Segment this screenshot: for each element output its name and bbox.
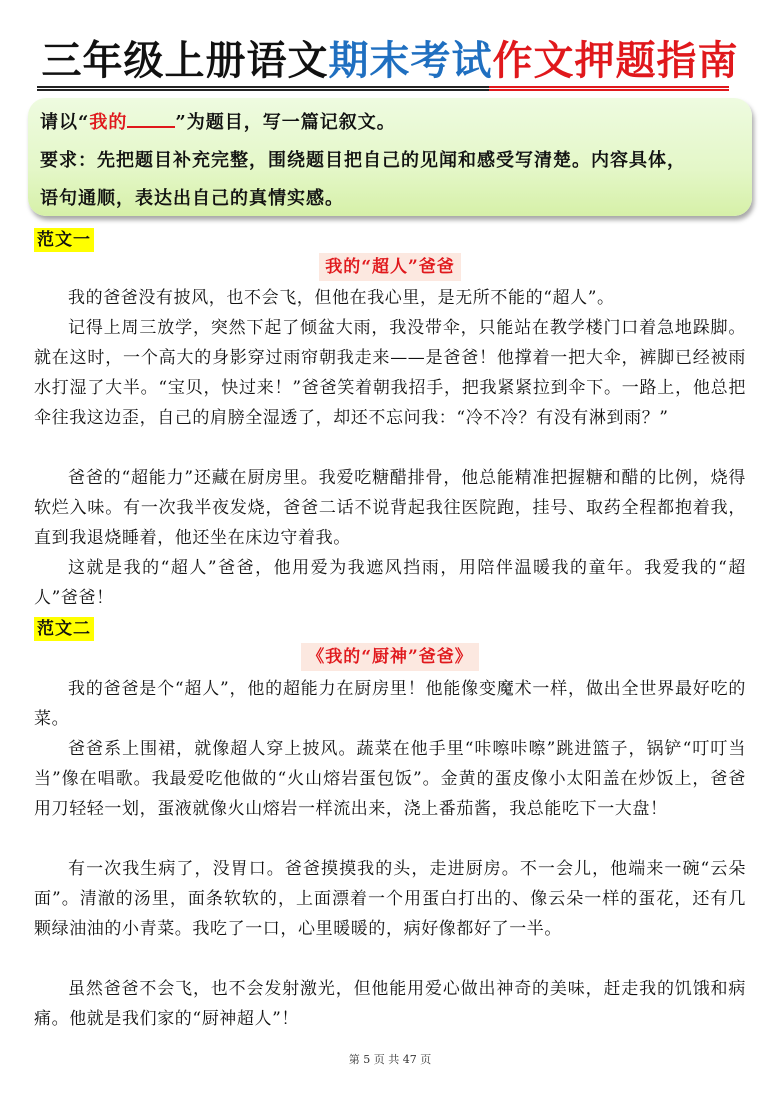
essay-2-paragraph-2: 爸爸系上围裙，就像超人穿上披风。蔬菜在他手里“咔嚓咔嚓”跳进篮子，锅铲“叮叮当当…	[34, 734, 746, 824]
title-part-grade: 三年级上册语文	[42, 37, 329, 84]
essay-1-label: 范文一	[34, 228, 94, 252]
title-underline-black	[37, 86, 489, 91]
essay-2-label: 范文二	[34, 617, 94, 641]
essay-1-paragraph-3: 爸爸的“超能力”还藏在厨房里。我爱吃糖醋排骨，他总能精准把握糖和醋的比例，烧得软…	[34, 463, 746, 553]
essay-2-paragraph-4: 虽然爸爸不会飞，也不会发射激光，但他能用爱心做出神奇的美味，赶走我的饥饿和病痛。…	[34, 974, 746, 1034]
essay-1-title-text: 我的“超人”爸爸	[319, 253, 461, 281]
prompt-suffix: ”为题目，写一篇记叙文。	[175, 112, 395, 133]
essay-2-title: 《我的“厨神”爸爸》	[0, 643, 780, 671]
essay-1-paragraph-1: 我的爸爸没有披风，也不会飞，但他在我心里，是无所不能的“超人”。	[34, 283, 746, 313]
prompt-prefix: 请以“	[40, 112, 89, 133]
prompt-blank	[127, 110, 175, 128]
prompt-line-1: 请以“我的”为题目，写一篇记叙文。	[40, 108, 396, 134]
prompt-line-3: 语句通顺，表达出自己的真情实感。	[40, 184, 344, 210]
writing-prompt-box: 请以“我的”为题目，写一篇记叙文。 要求：先把题目补充完整，围绕题目把自己的见闻…	[28, 98, 752, 216]
page-title: 三年级上册语文期末考试作文押题指南	[0, 36, 780, 86]
title-underline-red	[489, 86, 729, 91]
essay-2-title-text: 《我的“厨神”爸爸》	[301, 643, 479, 671]
essay-1-paragraph-2: 记得上周三放学，突然下起了倾盆大雨，我没带伞，只能站在教学楼门口着急地跺脚。就在…	[34, 313, 746, 433]
prompt-topic-red: 我的	[89, 112, 127, 133]
title-part-exam: 期末考试	[329, 37, 493, 84]
prompt-line-2: 要求：先把题目补充完整，围绕题目把自己的见闻和感受写清楚。内容具体，	[40, 146, 686, 172]
essay-2-paragraph-1: 我的爸爸是个“超人”，他的超能力在厨房里！他能像变魔术一样，做出全世界最好吃的菜…	[34, 674, 746, 734]
page-number-footer: 第 5 页 共 47 页	[0, 1051, 780, 1067]
essay-2-paragraph-3: 有一次我生病了，没胃口。爸爸摸摸我的头，走进厨房。不一会儿，他端来一碗“云朵面”…	[34, 854, 746, 944]
essay-1-paragraph-4: 这就是我的“超人”爸爸，他用爱为我遮风挡雨，用陪伴温暖我的童年。我爱我的“超人”…	[34, 553, 746, 613]
title-part-guide: 作文押题指南	[493, 37, 739, 84]
essay-1-title: 我的“超人”爸爸	[0, 253, 780, 281]
